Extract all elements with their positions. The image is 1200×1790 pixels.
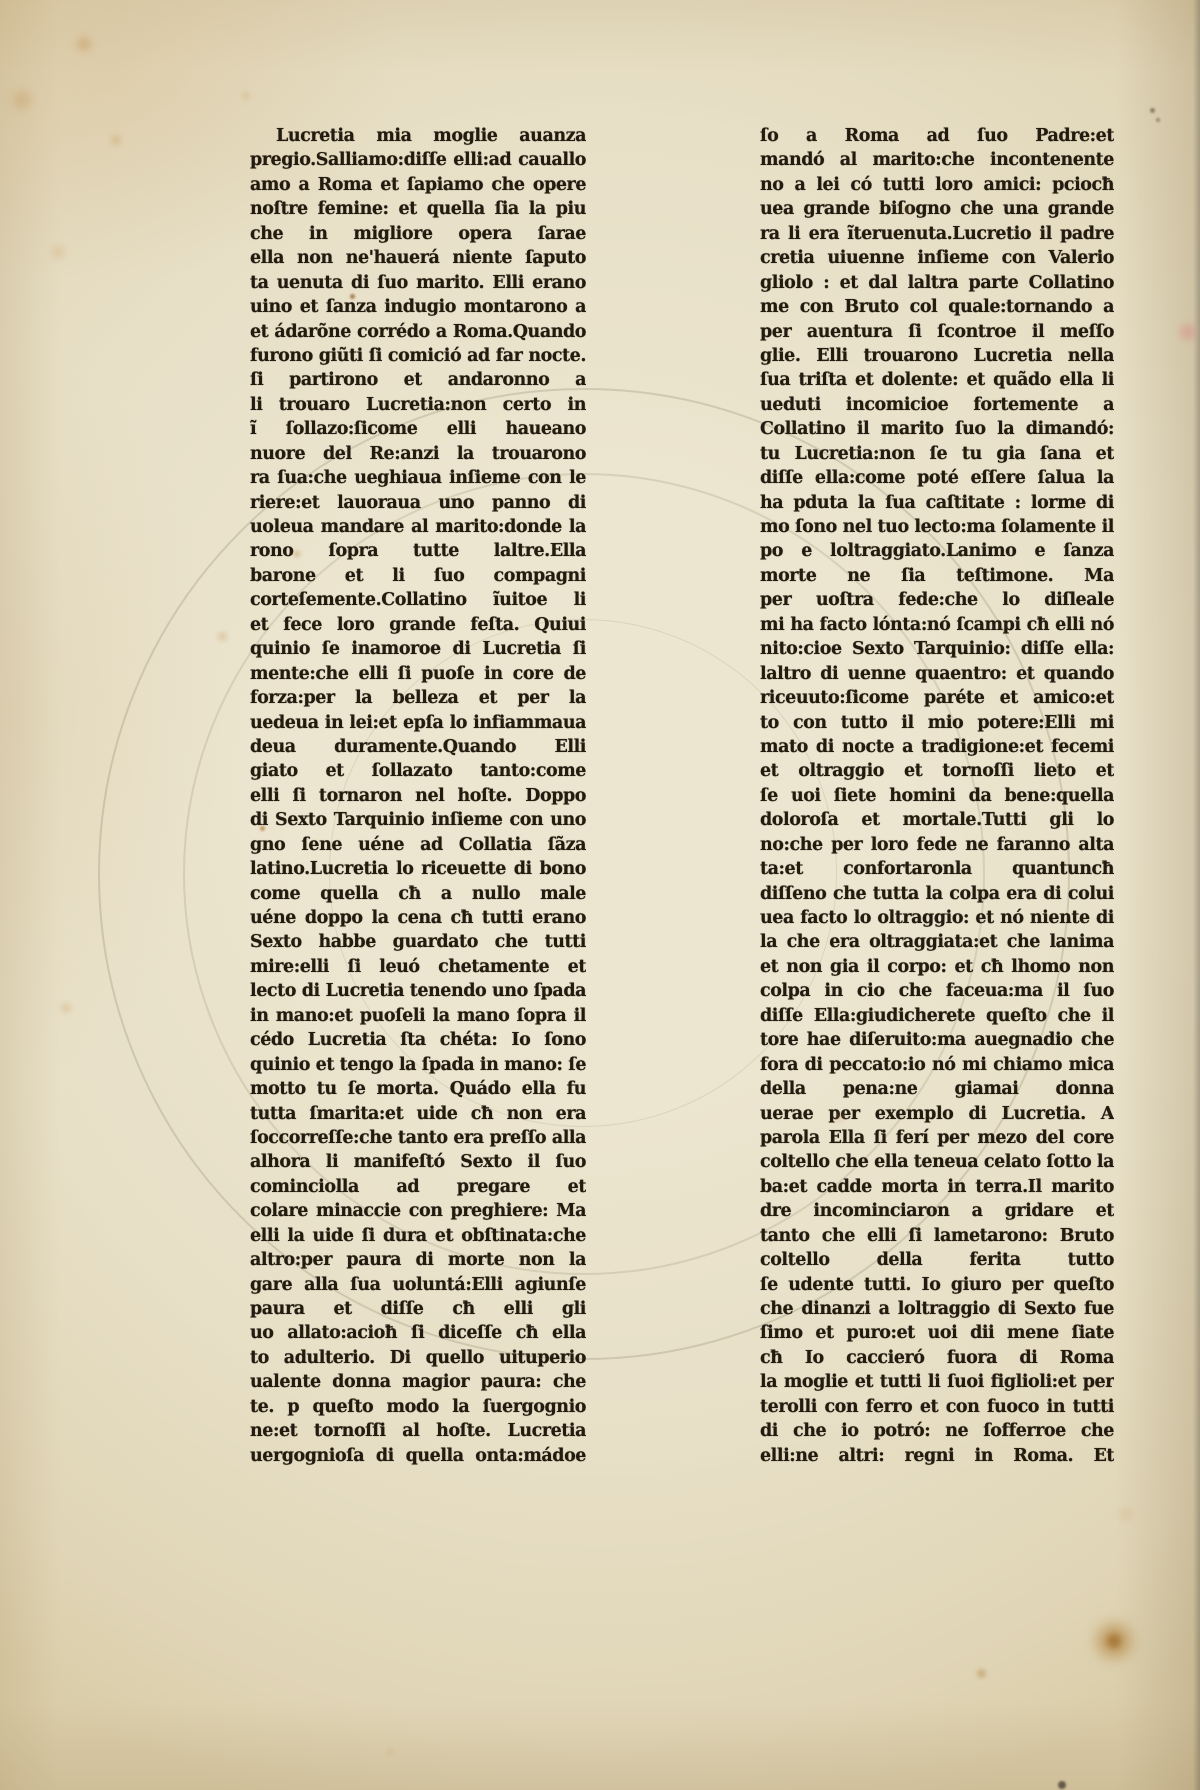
text-line: uedeua in lei:et epſa lo infiammaua et a… (250, 711, 586, 735)
text-line: ta uenuta di ſuo marito. Elli erano cald… (250, 271, 586, 295)
text-line: motto tu ſe morta. Quádo ella fu ſueglia… (250, 1077, 586, 1101)
text-line: et oltraggio et tornoſſi lieto et gioioſ… (760, 759, 1114, 783)
text-line: ualente donna magior paura: che della mo… (250, 1370, 586, 1394)
text-line: Collatino il marito ſuo la dimandó: che … (760, 417, 1114, 441)
text-line: ta:et confortaronla quantuncħ poterono:e… (760, 857, 1114, 881)
text-line: della pena:ne giamai donna uergognioſa u… (760, 1077, 1114, 1101)
text-line: ſe uoi ſiete homini da bene:quella gioia… (760, 784, 1114, 808)
text-line: corteſemente.Collatino ĩuitoe li compagn… (250, 588, 586, 612)
text-line: gliolo : et dal laltra parte Collatino i… (760, 271, 1114, 295)
text-column-right: ſo a Roma ad ſuo Padre:et quellomedeſimo… (760, 124, 1114, 1468)
foxing-spot (61, 1003, 71, 1013)
text-line: come quella cħ a nullo male penſaua.Quãd… (250, 882, 586, 906)
text-line: ſe udente tutti. Io giuro per queſto ſan… (760, 1273, 1114, 1297)
text-line: per uoſtra fede:che lo diſleale traditor… (760, 588, 1114, 612)
text-line: pregio.Salliamo:diſſe elli:ad cauallo et… (250, 148, 586, 172)
foxing-spot (52, 246, 64, 258)
text-line: te. p queſto modo la ſuergognio Sexto fe… (250, 1395, 586, 1419)
text-line: no a lei có tutti loro amici: pciocħ ell… (760, 173, 1114, 197)
text-line: uéne doppo la cena cħ tutti erano corica… (250, 906, 586, 930)
text-line: li trouaro Lucretia:non certo in balleri… (250, 393, 586, 417)
text-line: di Sexto Tarquinio inſieme con uno compa (250, 808, 586, 832)
text-line: la che era oltraggiata:et che lanima pec… (760, 930, 1114, 954)
text-line: riceuuto:ſicome paréte et amico:et honor… (760, 686, 1114, 710)
foxing-spot (1150, 108, 1155, 113)
foxing-spot (387, 1749, 393, 1755)
text-line: per auentura ſi ſcontroe il meſſo della … (760, 320, 1114, 344)
text-line: ſimo et puro:et uoi dii mene ſiate teſti… (760, 1321, 1114, 1345)
text-line: quinio ſe inamoroe di Lucretia ſi arrabi… (250, 637, 586, 661)
text-line: ſi partirono et andaronno a Collatia:oue… (250, 368, 586, 392)
text-line: to con tutto il mio potere:Elli mi aſſal… (760, 711, 1114, 735)
text-line: alhora li manifeſtó Sexto il ſuo amore: … (250, 1150, 586, 1174)
text-line: ſua triſta et dolente: et quãdo ella li … (760, 368, 1114, 392)
text-line: tutta ſmarita:et uide cħ non era anima c… (250, 1102, 586, 1126)
text-line: mi ha facto lónta:nó ſcampi cħ elli nó ſ… (760, 613, 1114, 637)
text-column-left: Lucretia mia moglie auanza tutte laltre … (250, 124, 586, 1468)
text-line: ella non ne'hauerá niente ſaputo della ſ… (250, 246, 586, 270)
text-line: Lucretia mia moglie auanza tutte laltre … (250, 124, 586, 148)
text-line: po e loltraggiato.Lanimo e ſanza colpa: … (760, 539, 1114, 563)
text-line: colare minaccie con preghiere: Ma quando (250, 1199, 586, 1223)
text-line: cretia uiuenne inſieme con Valerio ſuo f… (760, 246, 1114, 270)
text-line: to adulterio. Di quello uituperio hebbe … (250, 1346, 586, 1370)
text-line: morte ne ſia teſtimone. Ma promettetemi (760, 564, 1114, 588)
text-line: parola Ella ſi ferí per mezo del core de… (760, 1126, 1114, 1150)
text-line: ra ſua:che ueghiaua inſieme con le ſue c… (250, 466, 586, 490)
text-line: diſſe Ella:giudicherete queſto che il tr… (760, 1004, 1114, 1028)
text-line: riere:et lauoraua uno panno di ſeta:loqu… (250, 491, 586, 515)
text-line: coltello che ella teneua celato ſotto la… (760, 1150, 1114, 1174)
text-line: ſo a Roma ad ſuo Padre:et quellomedeſimo (760, 124, 1114, 148)
text-line: paura et diſſe cħ elli gli ucciderebbe u… (250, 1297, 586, 1321)
text-line: latino.Lucretia lo riceuette di bono aer… (250, 857, 586, 881)
text-line: deua duramente.Quando Elli hebeno feſte (250, 735, 586, 759)
text-line: ra li era ĩteruenuta.Lucretio il padre d… (760, 222, 1114, 246)
text-line: mente:che elli ſi puoſe in core de hauer… (250, 662, 586, 686)
text-line: ha pduta la ſua caſtitate : lorme di alt… (760, 491, 1114, 515)
text-line: altro:per paura di morte non la poteua p… (250, 1248, 586, 1272)
text-line: barone et li ſuo compagni benignamente e… (250, 564, 586, 588)
foxing-spot (1058, 1781, 1066, 1789)
text-line: elli ſi tornaron nel hoſte. Doppo alquan… (250, 784, 586, 808)
text-line: che dinanzi a loltraggio di Sexto fue ca… (760, 1297, 1114, 1321)
text-line: cħ Io caccieró fuora di Roma Tarquinio c… (760, 1346, 1114, 1370)
text-line: rono ſopra tutte laltre.Ella riceuette i… (250, 539, 586, 563)
foxing-spot (111, 135, 121, 145)
foxing-spot (242, 92, 250, 100)
foxing-spot (977, 1669, 986, 1678)
text-line: ĩ ſollazo:ſicome elli haueano trouato la… (250, 417, 586, 441)
text-line: di che io potró: ne ſofferroe che giamai… (760, 1419, 1114, 1443)
text-line: uergognioſa di quella onta:mádoe uno meſ (250, 1444, 586, 1468)
text-line: cominciolla ad pregare et aluſingare et … (250, 1175, 586, 1199)
text-line: lecto di Lucretia tenendo uno ſpada nuda (250, 979, 586, 1003)
text-line: laltro di uenne quaentro: et quando lheb… (760, 662, 1114, 686)
text-line: quinio et tengo la ſpada in mano: ſe tu … (250, 1053, 586, 1077)
text-line: ba:et cadde morta in terra.Il marito et … (760, 1175, 1114, 1199)
text-line: elli la uide ſi dura et obſtinata:che no… (250, 1224, 586, 1248)
text-line: mire:elli ſi leuó chetamente et uenneſen… (250, 955, 586, 979)
text-line: coltello della ferita tutto ſanguinoſo:e… (760, 1248, 1114, 1272)
text-line: noſtre femine: et quella ſia la piu preg… (250, 197, 586, 221)
text-line: che in migliore opera ſarae trouata:quan… (250, 222, 586, 246)
foxing-spot (1107, 1634, 1121, 1648)
text-line: tore hae diſeruito:ma auegnadio che io ſ… (760, 1028, 1114, 1052)
foxing-spot (1120, 1508, 1132, 1520)
text-line: ne:et tornoſſi al hoſte. Lucretia dolent… (250, 1419, 586, 1443)
text-line: tu Lucretia:non ſe tu gia ſana et ſalua.… (760, 442, 1114, 466)
text-line: no:che per loro fede ne faranno alta uen… (760, 833, 1114, 857)
scanned-page: Lucretia mia moglie auanza tutte laltre … (0, 0, 1200, 1790)
foxing-spot (218, 632, 227, 641)
foxing-spot (13, 91, 31, 109)
text-line: glie. Elli trouarono Lucretia nella came… (760, 344, 1114, 368)
text-line: doloroſa et mortale.Tutti gli lo promett… (760, 808, 1114, 832)
foxing-spot (77, 37, 91, 51)
text-line: colpa in cio che faceua:ma il ſuo grado.… (760, 979, 1114, 1003)
text-line: et ádarõne corrédo a Roma.Quando elli ui (250, 320, 586, 344)
text-line: Sexto habbe guardato che tutti erano a d… (250, 930, 586, 954)
text-line: et non gia il corpo: et cħ lhomo non hau… (760, 955, 1114, 979)
text-line: mandó al marito:che incontenente ueniſſe… (760, 148, 1114, 172)
text-line: elli:ne altri: regni in Roma. Et quando … (760, 1444, 1114, 1468)
text-line: nito:cioe Sexto Tarquinio: diſſe ella: c… (760, 637, 1114, 661)
text-line: dre incominciaron a gridare et piangere.… (760, 1199, 1114, 1223)
text-line: me con Bruto col quale:tornando a Roma (760, 295, 1114, 319)
text-line: uea grande biſogno che una grande ſuentu… (760, 197, 1114, 221)
text-line: uoleua mandare al marito:donde la pregia… (250, 515, 586, 539)
text-line: tanto che elli ſi lametarono: Bruto traſ… (760, 1224, 1114, 1248)
text-line: amo a Roma et ſapiamo che opere fanno le (250, 173, 586, 197)
text-line: nuore del Re:anzi la trouarono nella cam… (250, 442, 586, 466)
text-line: forza:per la belleza et per la caſtitade… (250, 686, 586, 710)
text-line: mo ſono nel tuo lecto:ma ſolamente il co… (760, 515, 1114, 539)
text-line: ſoccorreſſe:che tanto era preſſo alla mo… (250, 1126, 586, 1150)
text-line: terolli con ferro et con fuoco in tutti … (760, 1395, 1114, 1419)
text-line: uo allato:acioħ ſi diceſſe cħ ella fuſſe… (250, 1321, 586, 1345)
text-line: cédo Lucretia ſta chéta: Io ſono Sexto T… (250, 1028, 586, 1052)
text-line: uerae per exemplo di Lucretia. A queſta (760, 1102, 1114, 1126)
foxing-spot (1156, 118, 1160, 122)
text-line: la moglie et tutti li ſuoi figlioli:et p… (760, 1370, 1114, 1394)
text-line: fora di peccato:io nó mi chiamo mica lib… (760, 1053, 1114, 1077)
text-line: et fece loro grande feſta. Quiui Sexto T… (250, 613, 586, 637)
text-line: uea facto lo oltraggio: et nó niente di … (760, 906, 1114, 930)
text-line: diſſeno che tutta la colpa era di colui … (760, 882, 1114, 906)
text-line: diſſe ella:come poté eſſere ſalua la don… (760, 466, 1114, 490)
text-line: in mano:et puoſeli la mano ſopra il pect… (250, 1004, 586, 1028)
foxing-spot (1097, 1624, 1131, 1658)
text-line: gno ſene uéne ad Collatia ſãza ſaputa di… (250, 833, 586, 857)
text-line: uino et ſanza indugio montarono a cauall… (250, 295, 586, 319)
text-line: mato di nocte a tradigione:et fecemi for… (760, 735, 1114, 759)
text-line: giato et ſollazato tanto:come piacque lo… (250, 759, 586, 783)
text-line: ueduti incomicioe fortemente a piangere. (760, 393, 1114, 417)
text-line: gare alla ſua uoluntá:Elli agiunſe onta … (250, 1273, 586, 1297)
text-line: furono giũti ſi comició ad far nocte. Qu… (250, 344, 586, 368)
foxing-spot (1180, 324, 1196, 340)
